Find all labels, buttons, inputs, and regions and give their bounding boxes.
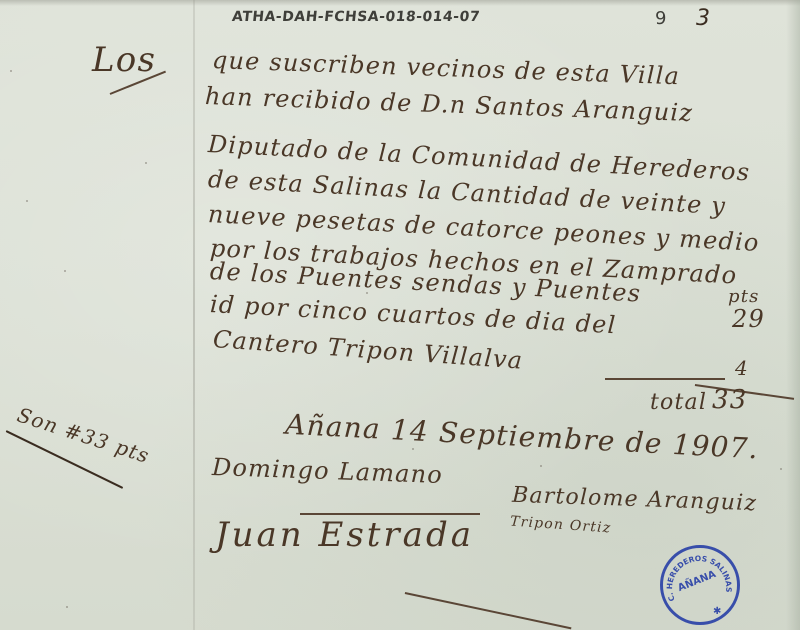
stamp-star-icon: ✱ xyxy=(713,606,721,617)
folio-number-pencil: 9 xyxy=(655,8,666,29)
total-value: 33 xyxy=(712,385,747,415)
amount-line-1: 29 xyxy=(732,305,765,333)
place-date: Añana 14 Septiembre de 1907. xyxy=(284,408,759,466)
archive-reference: ATHA-DAH-FCHSA-018-014-07 xyxy=(231,9,481,25)
paper-top-edge xyxy=(0,0,800,6)
opening-word: Los xyxy=(92,40,156,80)
currency-unit-label: pts xyxy=(728,286,760,307)
total-label: total xyxy=(650,390,707,415)
document-page: ATHA-DAH-FCHSA-018-014-07 9 3 Los que su… xyxy=(0,0,800,630)
body-line: han recibido de D.n Santos Aranguiz xyxy=(205,82,694,127)
signature-flourish xyxy=(405,592,572,629)
signature-juan: Juan Estrada xyxy=(215,515,474,555)
institution-stamp: C. HEREDEROS SALINAS AÑANA ✱ xyxy=(660,545,740,625)
sum-rule xyxy=(605,378,725,380)
amount-line-2: 4 xyxy=(735,356,749,380)
margin-note: Son #33 pts xyxy=(14,403,153,468)
body-line: que suscriben vecinos de esta Villa xyxy=(212,46,681,90)
folio-number-ink: 3 xyxy=(696,6,710,31)
signature-domingo-lamano: Domingo Lamano xyxy=(212,453,444,489)
paper-fold-line xyxy=(193,0,195,630)
paper-right-edge xyxy=(786,0,800,630)
signature-tripon-ortiz: Tripon Ortiz xyxy=(510,513,612,536)
body-line: Cantero Tripon Villalva xyxy=(212,325,524,375)
signature-bartolome-aranguiz: Bartolome Aranguiz xyxy=(512,483,758,517)
